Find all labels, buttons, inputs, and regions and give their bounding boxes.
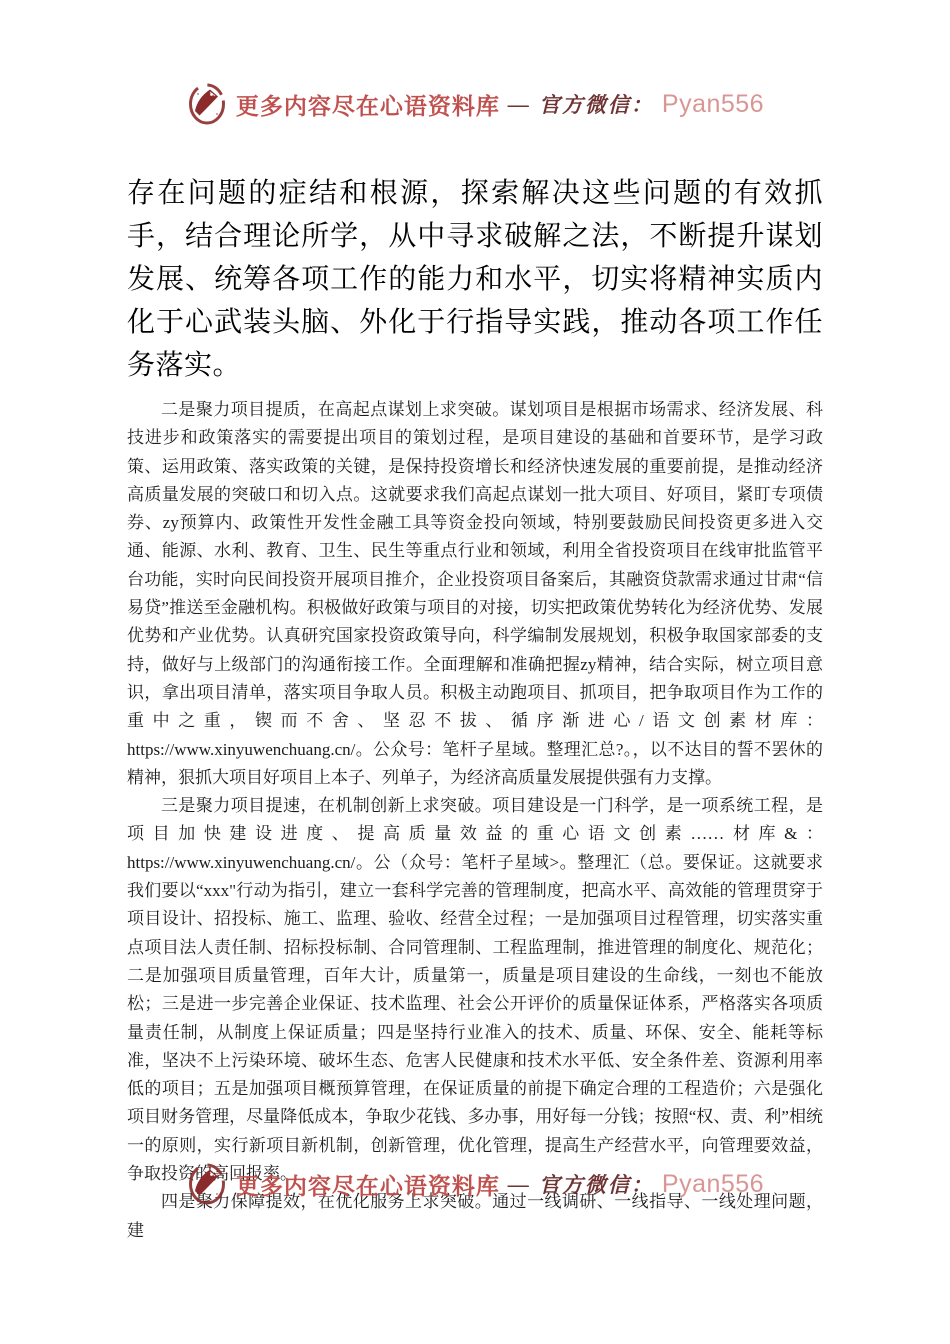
pen-seal-icon	[186, 1160, 228, 1208]
body-paragraph-2: 二是聚力项目提质，在高起点谋划上求突破。谋划项目是根据市场需求、经济发展、科技进…	[127, 396, 823, 792]
wechat-id: Pyan556	[662, 1170, 764, 1199]
wechat-label: 官方微信：	[539, 89, 654, 119]
document-body: 二是聚力项目提质，在高起点谋划上求突破。谋划项目是根据市场需求、经济发展、科技进…	[127, 396, 823, 1245]
brand-text: 更多内容尽在心语资料库	[236, 88, 500, 121]
wechat-label: 官方微信：	[539, 1169, 654, 1199]
brand-text: 更多内容尽在心语资料库	[236, 1168, 500, 1201]
wechat-id: Pyan556	[662, 90, 764, 119]
document-page: 更多内容尽在心语资料库 — 官方微信： Pyan556 存在问题的症结和根源，探…	[0, 0, 950, 1344]
pen-seal-icon	[186, 80, 228, 128]
footer-banner: 更多内容尽在心语资料库 — 官方微信： Pyan556	[0, 1160, 950, 1208]
banner-separator: —	[508, 1172, 531, 1197]
banner-separator: —	[508, 92, 531, 117]
lead-paragraph: 存在问题的症结和根源，探索解决这些问题的有效抓手，结合理论所学，从中寻求破解之法…	[127, 172, 823, 387]
body-paragraph-3: 三是聚力项目提速，在机制创新上求突破。项目建设是一门科学，是一项系统工程，是项目…	[127, 792, 823, 1188]
header-banner: 更多内容尽在心语资料库 — 官方微信： Pyan556	[0, 80, 950, 128]
